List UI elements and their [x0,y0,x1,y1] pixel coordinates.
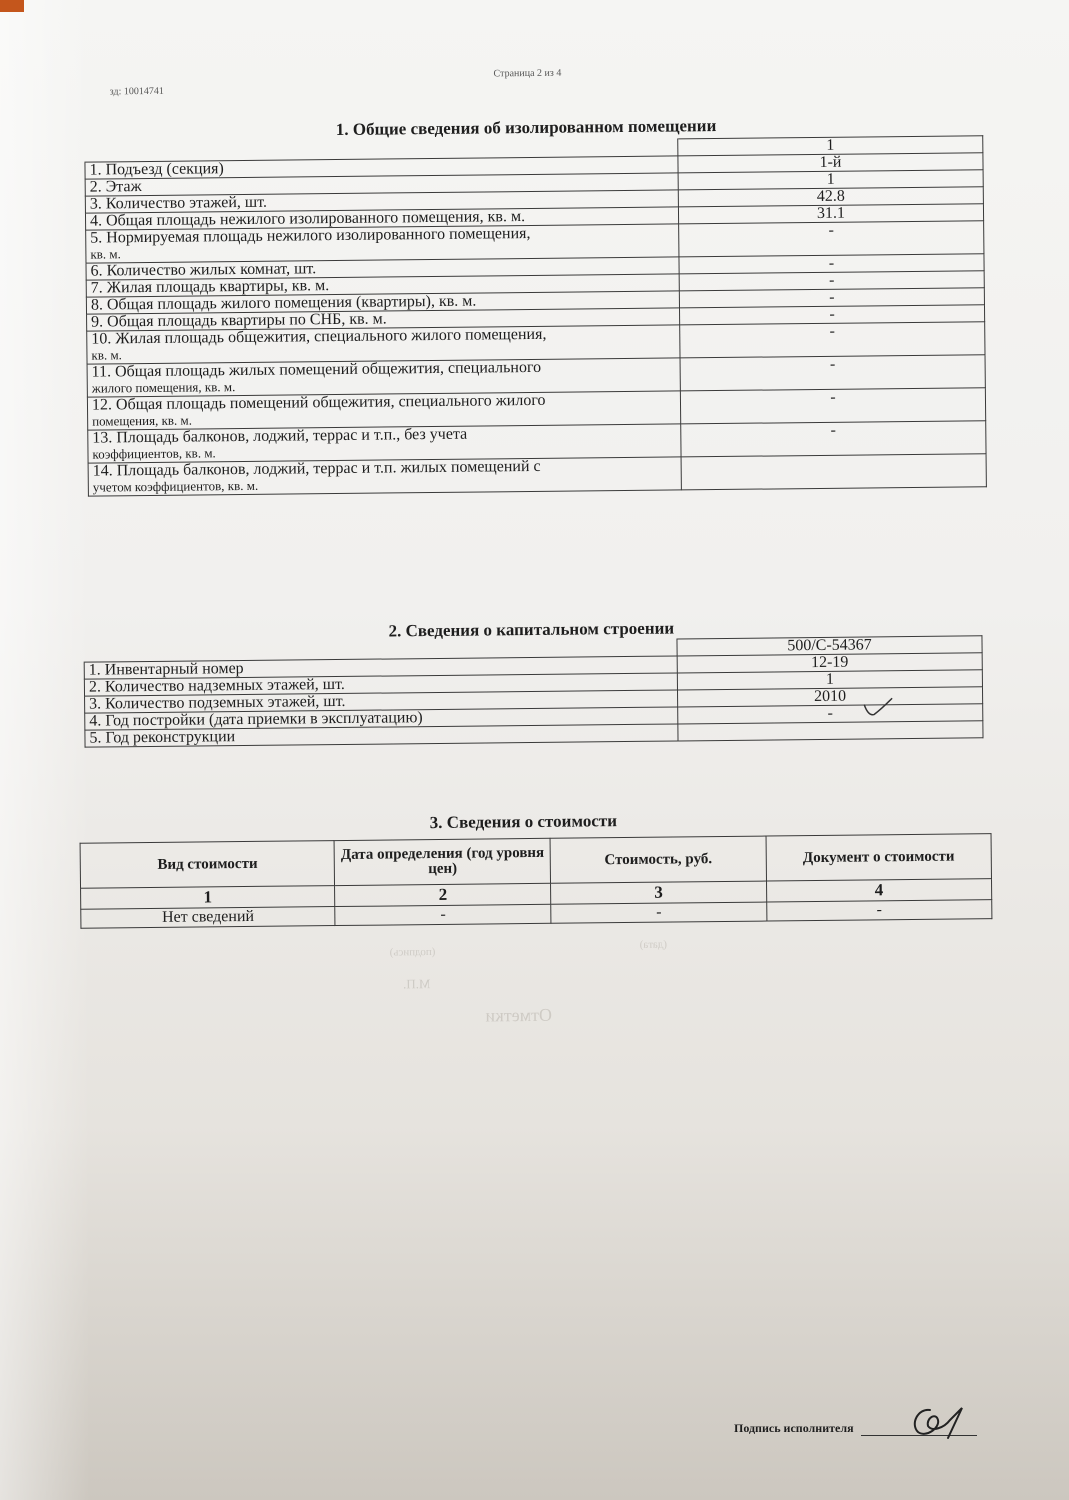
cost-table: Вид стоимости Дата определения (год уров… [80,833,993,929]
row-label-text: 10. Жилая площадь общежития, специальног… [91,326,546,348]
row-value [681,454,986,490]
document-id: зд: 10014741 [110,86,164,98]
row-label-text: 3. Количество этажей, шт. [90,194,267,213]
row-label-text: 1. Подъезд (секция) [89,160,223,178]
row-label-continued: коэффициентов, кв. м. [92,445,215,461]
section3-title: 3. Сведения о стоимости [393,811,653,834]
signature-label: Подпись исполнителя [734,1421,854,1435]
row-value: - [680,388,985,424]
section2-table: 500/С-543671. Инвентарный номер12-192. К… [83,635,983,747]
bleed-text: (подпись) [390,946,436,958]
row-label: 14. Площадь балконов, лоджий, террас и т… [88,457,681,496]
bleed-text: (дата) [640,939,667,951]
cost-col-number: 3 [551,881,767,904]
row-value: - [679,221,984,257]
row-label-text: 5. Нормируемая площадь нежилого изолиров… [90,225,530,247]
row-label-text: 12. Общая площадь помещений общежития, с… [92,392,546,414]
row-label-text: 14. Площадь балконов, лоджий, террас и т… [93,458,541,480]
cost-cell: - [335,904,551,925]
cost-header-amount: Стоимость, руб. [550,836,766,883]
row-value [678,721,983,741]
cost-header-document: Документ о стоимости [766,834,992,881]
section1-title: 1. Общие сведения об изолированном помещ… [296,116,756,141]
row-value: - [680,322,985,358]
cost-cell: Нет сведений [81,907,336,929]
signature-mark-icon [900,1398,1000,1448]
document-page: зд: 10014741 Страница 2 из 4 1. Общие св… [0,0,1069,1500]
cost-cell: - [767,900,992,921]
row-value: - [681,421,986,457]
section1-table: 11. Подъезд (секция)1-й2. Этаж13. Количе… [84,135,987,496]
cost-col-number: 1 [81,886,336,910]
row-label-text: 13. Площадь балконов, лоджий, террас и т… [92,426,467,447]
cost-header-type: Вид стоимости [80,841,335,889]
row-label-continued: кв. м. [91,347,122,362]
cost-cell: - [551,902,767,923]
cost-col-number: 2 [335,883,551,906]
row-value: - [680,355,985,391]
row-label-continued: кв. м. [90,246,121,261]
row-label-continued: жилого помещения, кв. м. [92,379,236,396]
cost-col-number: 4 [766,879,991,902]
row-label-text: 2. Этаж [90,178,142,196]
row-label-continued: помещения, кв. м. [92,413,192,429]
checkmark-icon [862,696,894,718]
page-number: Страница 2 из 4 [493,68,561,80]
row-label-continued: учетом коэффициентов, кв. м. [93,478,258,495]
bleed-text: М.П. [403,976,431,992]
row-label-text: 11. Общая площадь жилых помещений общежи… [92,359,542,381]
bleed-text: Отметки [485,1005,552,1027]
cost-header-date: Дата определения (год уровня цен) [334,838,550,885]
